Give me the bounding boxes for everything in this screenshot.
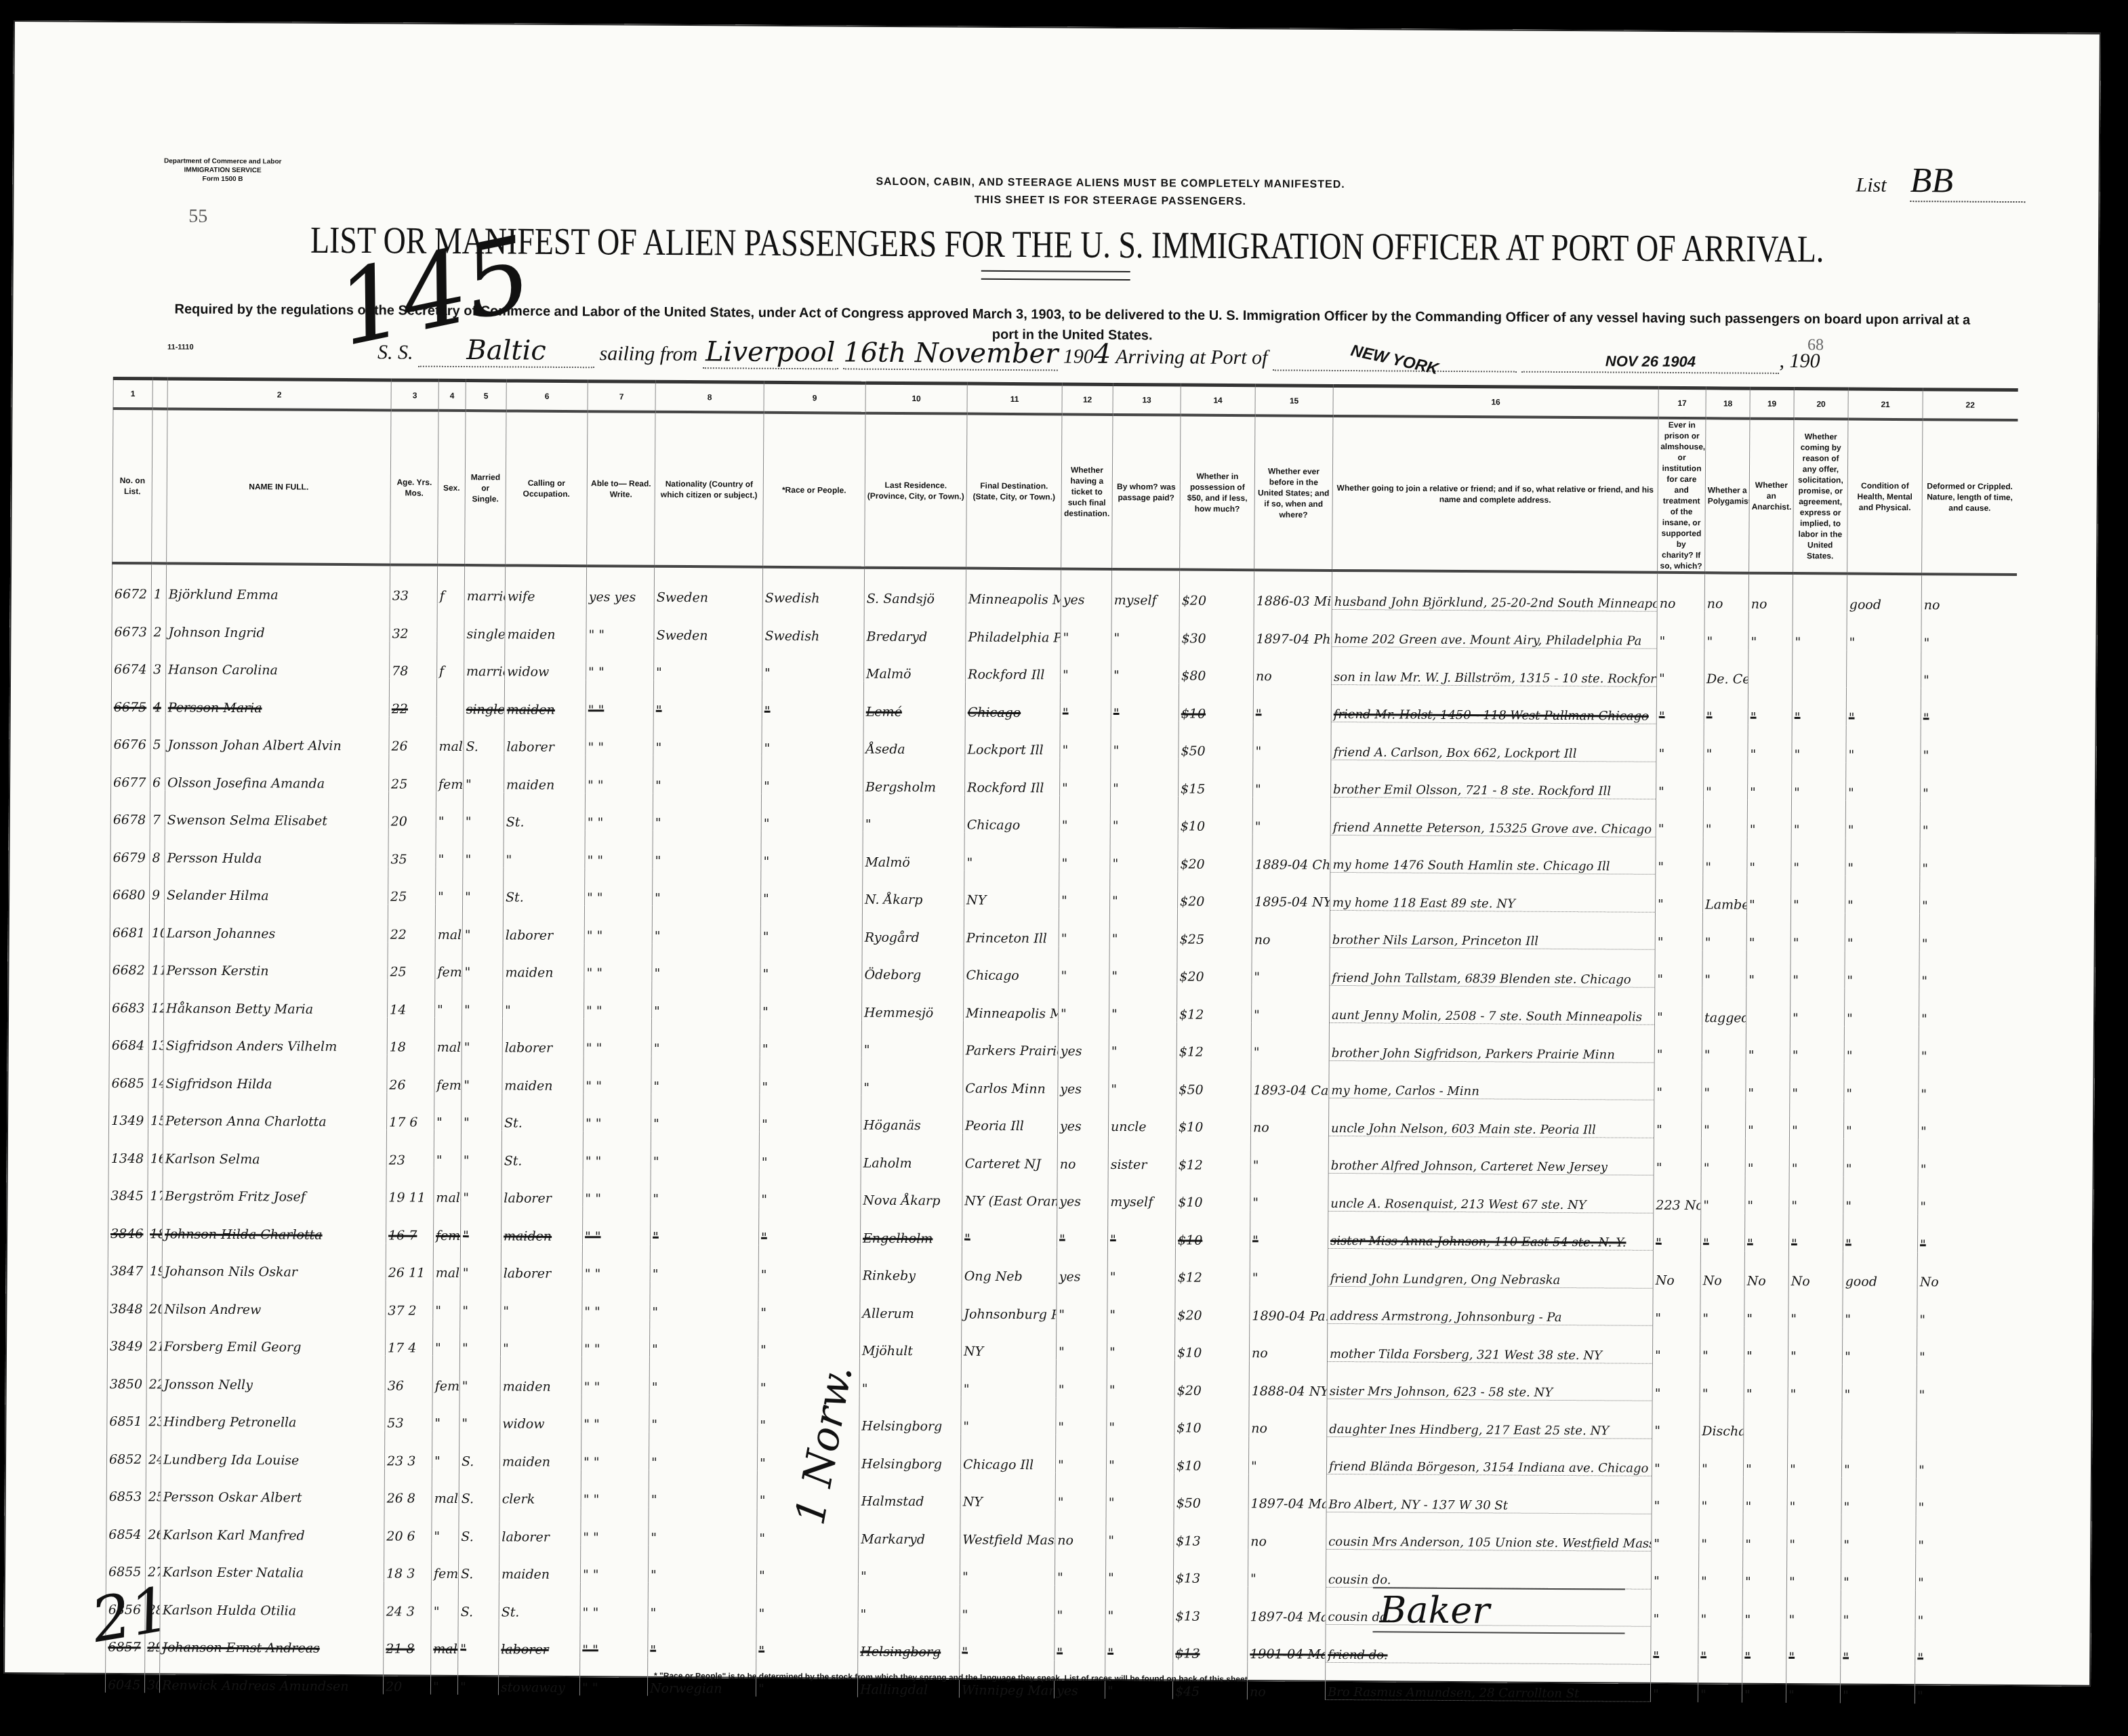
sex bbox=[436, 679, 464, 717]
occupation: laborer bbox=[503, 905, 584, 943]
nationality: " bbox=[653, 756, 762, 793]
marital-status: " bbox=[463, 867, 504, 905]
final-destination: NY bbox=[964, 870, 1059, 908]
contract-labor bbox=[1788, 1402, 1842, 1440]
line-number: 22 bbox=[146, 1354, 161, 1392]
contract-labor: " bbox=[1792, 687, 1846, 725]
nationality: " bbox=[653, 868, 761, 906]
polygamist: " bbox=[1703, 837, 1747, 875]
manifest-number: 1349 bbox=[109, 1090, 148, 1128]
money: $13 bbox=[1174, 1510, 1248, 1548]
department-header: Department of Commerce and Labor IMMIGRA… bbox=[162, 157, 284, 184]
occupation: St. bbox=[502, 1130, 583, 1168]
column-number: 3 bbox=[391, 380, 438, 411]
contract-labor: " bbox=[1787, 1477, 1841, 1515]
occupation: maiden bbox=[502, 1055, 584, 1093]
passenger-name: Håkanson Betty Maria bbox=[164, 978, 388, 1017]
manifest-number: 6679 bbox=[110, 827, 150, 865]
last-residence: Åseda bbox=[863, 719, 965, 757]
joining-relative: cousin do. bbox=[1326, 1549, 1651, 1588]
sex: " bbox=[432, 1318, 459, 1356]
manifest-number: 6680 bbox=[110, 865, 150, 903]
final-destination: Rockford Ill bbox=[965, 758, 1060, 795]
passage-paid-by: " bbox=[1107, 1397, 1174, 1435]
age: 17 4 bbox=[385, 1318, 432, 1356]
deformed-crippled: " bbox=[1918, 1139, 2013, 1177]
marital-status: " bbox=[460, 1205, 501, 1243]
anarchist: " bbox=[1747, 875, 1791, 913]
column-number: 8 bbox=[655, 381, 764, 412]
final-destination: Johnsonburg Pa bbox=[962, 1284, 1057, 1322]
money: $20 bbox=[1179, 570, 1254, 609]
race: " bbox=[760, 982, 862, 1020]
race: " bbox=[760, 1019, 861, 1057]
last-residence: Mjöhult bbox=[859, 1321, 961, 1359]
race: " bbox=[759, 1170, 861, 1207]
ticket: " bbox=[1055, 1434, 1106, 1472]
inspector-signature: Baker bbox=[1373, 1587, 1626, 1634]
last-residence: Rinkeby bbox=[860, 1245, 962, 1283]
money: $10 bbox=[1174, 1436, 1248, 1474]
column-header: Whether a Polygamist. bbox=[1705, 418, 1750, 573]
money: $12 bbox=[1176, 1135, 1250, 1173]
polygamist: " bbox=[1701, 1100, 1745, 1138]
ticket: yes bbox=[1057, 1096, 1108, 1134]
occupation: maiden bbox=[501, 1205, 582, 1243]
passenger-name: Sigfridson Anders Vilhelm bbox=[163, 1016, 387, 1055]
port-from: Liverpool bbox=[703, 336, 838, 369]
health-condition: good bbox=[1847, 574, 1921, 613]
date-from: 16th November bbox=[843, 337, 1058, 371]
column-header: Whether having a ticket to such final de… bbox=[1061, 414, 1113, 569]
ticket: " bbox=[1056, 1397, 1107, 1435]
previous-us-visit: 1897-04 Mass. bbox=[1248, 1474, 1326, 1512]
column-header: Sex. bbox=[438, 411, 466, 565]
manifest-number: 3847 bbox=[108, 1241, 147, 1279]
polygamist: " bbox=[1700, 1213, 1744, 1251]
sex: " bbox=[432, 1506, 459, 1544]
manifest-number: 6854 bbox=[106, 1504, 146, 1542]
sex: male bbox=[434, 1017, 462, 1055]
column-header: Ever in prison or almshouse, or institut… bbox=[1658, 418, 1706, 573]
joining-relative: uncle John Nelson, 603 Main ste. Peoria … bbox=[1328, 1098, 1654, 1137]
sex: " bbox=[434, 1130, 461, 1168]
line-number: 9 bbox=[150, 865, 165, 903]
polygamist: " bbox=[1701, 1138, 1745, 1176]
joining-relative: brother Alfred Johnson, Carteret New Jer… bbox=[1328, 1136, 1654, 1175]
contract-labor: " bbox=[1791, 800, 1845, 838]
sex: fem bbox=[433, 1205, 460, 1243]
race: " bbox=[758, 1320, 859, 1358]
contract-labor: " bbox=[1787, 1514, 1841, 1552]
money: $50 bbox=[1176, 1060, 1251, 1098]
marital-status: " bbox=[461, 1130, 502, 1168]
read-write: " " bbox=[581, 1319, 649, 1357]
read-write: " " bbox=[586, 718, 653, 756]
previous-us-visit: " bbox=[1253, 759, 1331, 797]
joining-relative: brother Emil Olsson, 721 - 8 ste. Rockfo… bbox=[1331, 760, 1656, 799]
contract-labor: " bbox=[1787, 1439, 1841, 1477]
marital-status: " bbox=[459, 1319, 500, 1357]
column-number: 7 bbox=[588, 381, 655, 412]
line-number: 15 bbox=[148, 1091, 163, 1129]
line-number: 11 bbox=[149, 941, 164, 978]
age: 20 bbox=[383, 1656, 430, 1694]
anarchist bbox=[1744, 1401, 1788, 1439]
contract-labor: " bbox=[1788, 1364, 1842, 1402]
last-residence: Ryogård bbox=[862, 907, 964, 945]
read-write: " " bbox=[584, 905, 652, 943]
nationality: " bbox=[652, 943, 760, 981]
final-destination: Minneapolis Minn bbox=[964, 983, 1059, 1021]
health-condition: good bbox=[1843, 1252, 1917, 1289]
anarchist: " bbox=[1745, 1138, 1789, 1176]
prison-almshouse: " bbox=[1654, 1025, 1702, 1062]
manifest-number: 6683 bbox=[110, 978, 149, 1016]
prison-almshouse: " bbox=[1656, 686, 1704, 724]
column-number: 4 bbox=[438, 380, 466, 411]
nationality: " bbox=[650, 1244, 758, 1282]
occupation: wife bbox=[505, 565, 586, 604]
health-condition: " bbox=[1841, 1477, 1916, 1515]
last-residence: " bbox=[863, 794, 964, 832]
final-destination: Chicago bbox=[965, 682, 1060, 720]
race: " bbox=[756, 1584, 858, 1621]
line-number: 5 bbox=[150, 715, 165, 753]
previous-us-visit: " bbox=[1250, 1210, 1328, 1248]
occupation: widow bbox=[500, 1394, 581, 1432]
sex: male bbox=[436, 716, 464, 754]
age: 78 bbox=[390, 641, 437, 679]
previous-us-visit: " bbox=[1248, 1436, 1326, 1474]
polygamist: " bbox=[1704, 724, 1748, 762]
passenger-name: Johnson Hilda Charlotta bbox=[162, 1203, 386, 1243]
polygamist: " bbox=[1699, 1439, 1743, 1476]
nationality: " bbox=[653, 793, 761, 831]
deformed-crippled: " bbox=[1917, 1327, 2011, 1365]
occupation: laborer bbox=[504, 717, 586, 755]
marital-status: " bbox=[462, 1093, 502, 1131]
ticket: " bbox=[1059, 795, 1110, 833]
sailing-label: sailing from bbox=[599, 342, 697, 365]
read-write: " " bbox=[581, 1394, 649, 1432]
passage-paid-by: " bbox=[1111, 758, 1179, 796]
final-destination: " bbox=[960, 1547, 1055, 1585]
manifest-number: 6855 bbox=[106, 1542, 145, 1579]
passenger-name: Lundberg Ida Louise bbox=[161, 1429, 384, 1468]
title-rule-top-2 bbox=[981, 270, 1130, 272]
previous-us-visit: no bbox=[1254, 646, 1332, 684]
deformed-crippled: " bbox=[1915, 1553, 2010, 1591]
joining-relative: my home 118 East 89 ste. NY bbox=[1330, 872, 1656, 911]
occupation: laborer bbox=[502, 1018, 584, 1056]
column-header: Whether going to join a relative or frie… bbox=[1332, 416, 1658, 573]
contract-labor: " bbox=[1786, 1628, 1841, 1666]
read-write: " " bbox=[581, 1470, 649, 1508]
passage-paid-by: " bbox=[1109, 1059, 1176, 1097]
occupation: maiden bbox=[499, 1431, 581, 1469]
last-residence: " bbox=[858, 1584, 960, 1622]
final-destination: " bbox=[964, 833, 1059, 871]
race: " bbox=[762, 681, 863, 719]
column-number: 13 bbox=[1113, 384, 1181, 415]
passage-paid-by: " bbox=[1109, 1021, 1176, 1059]
manifest-number: 3846 bbox=[108, 1203, 147, 1241]
health-condition: " bbox=[1845, 800, 1920, 838]
deformed-crippled: " bbox=[1920, 876, 2015, 914]
final-destination: NY bbox=[961, 1321, 1056, 1359]
occupation: St. bbox=[502, 1093, 584, 1131]
deformed-crippled: " bbox=[1920, 801, 2015, 839]
last-residence: " bbox=[859, 1359, 961, 1397]
ticket: " bbox=[1059, 908, 1109, 946]
passenger-name: Johanson Ernst Andreas bbox=[160, 1617, 384, 1657]
occupation: laborer bbox=[499, 1506, 581, 1544]
money: $12 bbox=[1175, 1247, 1250, 1285]
race: " bbox=[760, 907, 862, 945]
passage-paid-by: " bbox=[1106, 1472, 1174, 1510]
last-residence: Malmö bbox=[863, 832, 964, 870]
ticket: " bbox=[1055, 1548, 1105, 1586]
polygamist: " bbox=[1698, 1627, 1742, 1665]
final-destination: Philadelphia Pa bbox=[966, 607, 1061, 645]
anarchist: " bbox=[1747, 800, 1791, 838]
final-destination: Lockport Ill bbox=[965, 720, 1060, 758]
read-write: " " bbox=[580, 1545, 648, 1583]
money: $50 bbox=[1179, 721, 1253, 759]
nationality: Sweden bbox=[654, 566, 762, 606]
sex: " bbox=[431, 1582, 458, 1619]
marital-status: S. bbox=[464, 717, 504, 755]
passenger-name: Johnson Ingrid bbox=[166, 602, 390, 641]
nationality: " bbox=[649, 1357, 758, 1395]
ticket: " bbox=[1060, 758, 1111, 795]
anarchist: " bbox=[1742, 1627, 1786, 1665]
joining-relative: son in law Mr. W. J. Billström, 1315 - 1… bbox=[1332, 646, 1657, 686]
age: 20 6 bbox=[384, 1506, 432, 1544]
race: " bbox=[758, 1207, 860, 1245]
arriving-label: Arriving at Port of bbox=[1116, 346, 1267, 369]
line-number: 10 bbox=[149, 903, 164, 941]
read-write: " " bbox=[582, 1206, 650, 1244]
passenger-name: Karlson Hulda Otilia bbox=[160, 1579, 384, 1619]
contract-labor: " bbox=[1786, 1590, 1841, 1628]
passenger-name: Bergström Fritz Josef bbox=[163, 1166, 386, 1205]
sex: f bbox=[437, 641, 464, 679]
passage-paid-by: " bbox=[1109, 984, 1177, 1022]
race: " bbox=[760, 944, 862, 982]
age: 33 bbox=[390, 564, 437, 603]
manifest-number: 6677 bbox=[111, 752, 150, 790]
passenger-name: Karlson Ester Natalia bbox=[160, 1542, 384, 1582]
age: 25 bbox=[388, 867, 436, 905]
last-residence: Helsingborg bbox=[858, 1621, 960, 1659]
age: 23 bbox=[386, 1130, 434, 1167]
money: $10 bbox=[1178, 796, 1252, 834]
read-write: " " bbox=[583, 1131, 651, 1169]
polygamist: " bbox=[1702, 912, 1746, 950]
occupation: " bbox=[501, 1281, 582, 1319]
health-condition: " bbox=[1847, 613, 1921, 650]
nationality: " bbox=[651, 1018, 760, 1056]
passenger-table: 12345678910111213141516171819202122 No. … bbox=[105, 377, 2018, 1704]
final-destination: NY bbox=[960, 1472, 1055, 1510]
occupation: maiden bbox=[500, 1356, 581, 1394]
age: 32 bbox=[390, 603, 437, 641]
health-condition: " bbox=[1845, 913, 1919, 951]
prison-almshouse: " bbox=[1657, 648, 1704, 686]
ticket: no bbox=[1057, 1134, 1108, 1172]
money: $10 bbox=[1176, 1097, 1250, 1135]
deformed-crippled: " bbox=[1921, 726, 2016, 764]
read-write: " " bbox=[586, 604, 654, 642]
line-number: 7 bbox=[150, 790, 165, 828]
anarchist: " bbox=[1745, 1176, 1789, 1214]
polygamist: " bbox=[1701, 1176, 1745, 1214]
polygamist: " bbox=[1698, 1552, 1742, 1590]
age: 53 bbox=[385, 1393, 432, 1431]
anarchist: " bbox=[1744, 1289, 1788, 1327]
manifest-sheet: Department of Commerce and Labor IMMIGRA… bbox=[3, 20, 2101, 1687]
passenger-name: Selander Hilma bbox=[165, 865, 388, 905]
nationality: " bbox=[651, 1056, 760, 1094]
year-prefix: 190 bbox=[1063, 345, 1094, 367]
manifest-number: 3850 bbox=[107, 1354, 146, 1392]
prison-almshouse: " bbox=[1650, 1664, 1698, 1702]
health-condition: " bbox=[1841, 1628, 1915, 1666]
ss-label: S. S. bbox=[377, 341, 413, 363]
race: " bbox=[756, 1546, 858, 1584]
passage-paid-by: " bbox=[1107, 1322, 1174, 1360]
last-residence: Halmstad bbox=[859, 1471, 960, 1509]
ticket: " bbox=[1055, 1623, 1105, 1661]
manifest-number: 3845 bbox=[108, 1165, 148, 1203]
passage-paid-by: " bbox=[1109, 946, 1177, 984]
deformed-crippled: " bbox=[1916, 1515, 2011, 1553]
passenger-name: Persson Hulda bbox=[165, 827, 388, 867]
passage-paid-by: myself bbox=[1108, 1172, 1176, 1210]
age: 26 11 bbox=[386, 1243, 433, 1281]
column-header: Last Residence. (Province, City, or Town… bbox=[865, 413, 967, 569]
sex: " bbox=[432, 1393, 459, 1431]
contract-labor: " bbox=[1789, 1138, 1843, 1176]
polygamist: " bbox=[1699, 1476, 1743, 1514]
nationality: " bbox=[654, 642, 762, 680]
money: $12 bbox=[1176, 1022, 1251, 1060]
race: " bbox=[759, 1132, 861, 1170]
list-value: BB bbox=[1910, 161, 2025, 203]
prison-almshouse: " bbox=[1653, 1288, 1700, 1326]
age: 17 6 bbox=[387, 1092, 434, 1130]
nationality: " bbox=[653, 831, 761, 869]
marital-status: " bbox=[460, 1281, 501, 1319]
contract-labor: " bbox=[1789, 1176, 1843, 1214]
passage-paid-by: " bbox=[1111, 683, 1179, 721]
column-number: 19 bbox=[1750, 388, 1794, 419]
manifest-number: 6045 bbox=[105, 1655, 144, 1693]
nationality: " bbox=[649, 1470, 757, 1508]
read-write: " " bbox=[581, 1357, 649, 1394]
health-condition: " bbox=[1843, 1101, 1918, 1139]
previous-us-visit: no bbox=[1252, 909, 1330, 947]
deformed-crippled: " bbox=[1921, 688, 2016, 726]
manifest-number: 6681 bbox=[110, 903, 149, 941]
deformed-crippled: " bbox=[1917, 1289, 2012, 1327]
read-write: " " bbox=[581, 1432, 649, 1470]
marital-status: " bbox=[459, 1356, 500, 1394]
occupation: laborer bbox=[502, 1168, 583, 1206]
ticket: " bbox=[1060, 682, 1111, 720]
prison-almshouse: " bbox=[1656, 837, 1703, 875]
previous-us-visit: no bbox=[1249, 1399, 1327, 1437]
passenger-name: Jonsson Johan Albert Alvin bbox=[165, 715, 389, 754]
polygamist: " bbox=[1702, 950, 1746, 988]
prison-almshouse: " bbox=[1654, 987, 1702, 1025]
last-residence: Markaryd bbox=[859, 1509, 960, 1547]
age: 26 bbox=[387, 1054, 434, 1092]
deformed-crippled: " bbox=[1915, 1590, 2010, 1628]
column-number: 5 bbox=[466, 381, 506, 411]
ticket: " bbox=[1061, 645, 1111, 683]
passenger-name: Jonsson Nelly bbox=[161, 1354, 385, 1393]
health-condition: " bbox=[1846, 763, 1921, 801]
nationality: " bbox=[651, 1094, 760, 1132]
joining-relative: brother Nils Larson, Princeton Ill bbox=[1330, 910, 1655, 949]
sex: " bbox=[435, 980, 462, 1018]
joining-relative: Bro Rasmus Amundsen, 28 Carrollton St bbox=[1325, 1662, 1650, 1701]
race: " bbox=[762, 756, 863, 794]
previous-us-visit: 1889-04 Chicago bbox=[1252, 834, 1330, 872]
final-destination: " bbox=[960, 1622, 1055, 1660]
nationality: " bbox=[648, 1620, 756, 1658]
joining-relative: friend John Tallstam, 6839 Blenden ste. … bbox=[1330, 947, 1655, 987]
prison-almshouse: " bbox=[1654, 1100, 1701, 1138]
arrival-date-stamp: NOV 26 1904 bbox=[1605, 352, 1696, 370]
column-header: Whether coming by reason of any offer, s… bbox=[1793, 419, 1848, 573]
money: $20 bbox=[1178, 834, 1252, 872]
marital-status: " bbox=[460, 1243, 501, 1281]
marital-status: " bbox=[457, 1657, 498, 1695]
polygamist: De. Cert. Senility bbox=[1704, 649, 1748, 687]
health-condition: " bbox=[1843, 1289, 1917, 1327]
column-header: No. on List. bbox=[112, 409, 152, 563]
occupation: maiden bbox=[499, 1544, 580, 1582]
passenger-name: Nilson Andrew bbox=[162, 1279, 386, 1318]
previous-us-visit: no bbox=[1249, 1323, 1327, 1361]
column-header: Final Destination. (State, City, or Town… bbox=[966, 414, 1062, 569]
nationality: " bbox=[651, 1132, 759, 1170]
column-number: 15 bbox=[1255, 386, 1333, 416]
year-digit: 4 bbox=[1094, 339, 1111, 370]
prison-almshouse: No bbox=[1653, 1250, 1700, 1288]
health-condition: " bbox=[1845, 875, 1920, 913]
column-header: Whether in possession of $50, and if les… bbox=[1180, 415, 1255, 571]
column-header: Age. Yrs. Mos. bbox=[390, 410, 438, 564]
final-destination: Minneapolis Minn bbox=[966, 569, 1061, 608]
polygamist: " bbox=[1704, 686, 1748, 724]
health-condition: " bbox=[1844, 1064, 1919, 1102]
race: " bbox=[760, 1057, 861, 1095]
line-number: 8 bbox=[150, 827, 165, 865]
last-residence: Malmö bbox=[864, 644, 966, 682]
manifest-number: 6673 bbox=[112, 602, 151, 640]
nationality: Sweden bbox=[654, 605, 762, 643]
sex: male bbox=[434, 1167, 461, 1205]
last-residence: Bergsholm bbox=[863, 757, 965, 795]
passenger-name: Renwick Andreas Amundsen bbox=[159, 1655, 383, 1694]
line-number: 26 bbox=[146, 1504, 161, 1542]
anarchist: " bbox=[1744, 1326, 1788, 1364]
